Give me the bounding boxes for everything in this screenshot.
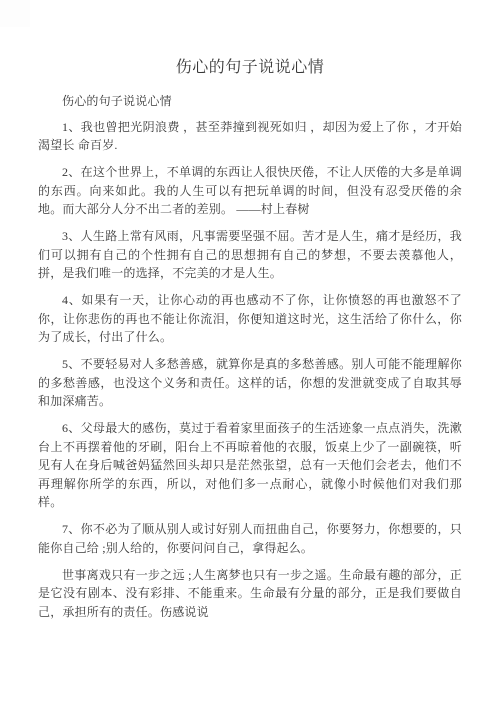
paragraph-list: 1、我也曾把光阴浪费 ，甚至莽撞到视死如归 ，却因为爱上了你 ，才开始渴望长 命… [38,118,462,622]
paragraph: 6、父母最大的感伤，莫过于看着家里面孩子的生活迹象一点点消失，洗漱台上不再摆着他… [38,419,462,512]
paragraph: 7、你不必为了顺从别人或讨好别人而扭曲自己，你要努力，你想要的，只能你自己给 ;… [38,520,462,557]
paragraph: 1、我也曾把光阴浪费 ，甚至莽撞到视死如归 ，却因为爱上了你 ，才开始渴望长 命… [38,118,462,155]
paragraph: 世事离戏只有一步之远 ;人生离梦也只有一步之遥。生命最有趣的部分，正是它没有剧本… [38,566,462,622]
paragraph: 4、如果有一天，让你心动的再也感动不了你，让你愤怒的再也激怒不了你，让你悲伤的再… [38,291,462,347]
paragraph: 5、不要轻易对人多愁善感，就算你是真的多愁善感。别人可能不能理解你的多愁善感，也… [38,355,462,411]
document-body: 伤心的句子说说心情 1、我也曾把光阴浪费 ，甚至莽撞到视死如归 ，却因为爱上了你… [38,92,462,621]
document-subtitle: 伤心的句子说说心情 [38,92,462,111]
paragraph: 3、人生路上常有风雨，凡事需要坚强不屈。苦才是人生，痛才是经历，我们可以拥有自己… [38,227,462,283]
paragraph: 2、在这个世界上，不单调的东西让人很快厌倦，不让人厌倦的大多是单调的东西。向来如… [38,163,462,219]
document-title: 伤心的句子说说心情 [0,0,500,76]
document-page: 伤心的句子说说心情 伤心的句子说说心情 1、我也曾把光阴浪费 ，甚至莽撞到视死如… [0,0,500,708]
scan-corner-artifact [0,0,30,27]
